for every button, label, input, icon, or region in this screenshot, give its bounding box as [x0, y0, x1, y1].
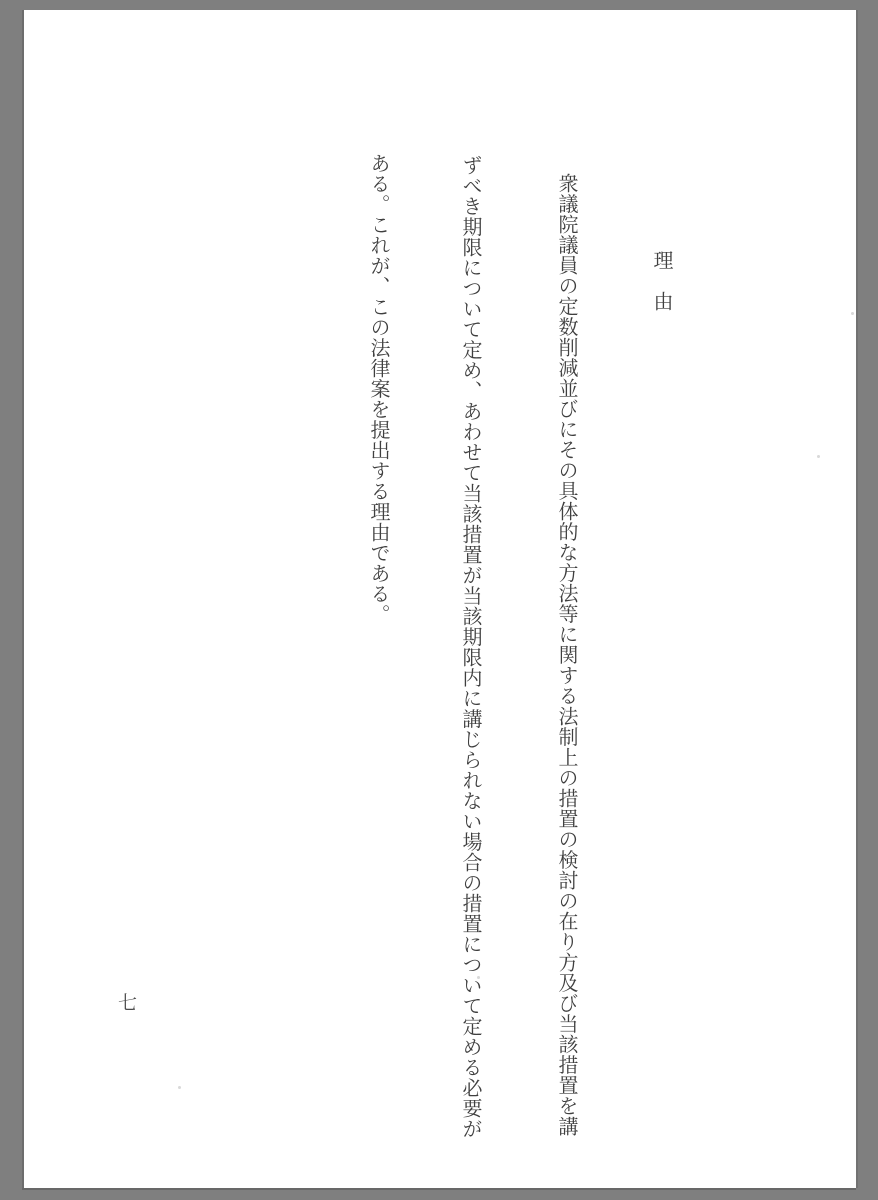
page-number: 七	[118, 988, 137, 1015]
body-text-line: 衆議院議員の定数削減並びにその具体的な方法等に関する法制上の措置の検討の在り方及…	[541, 153, 591, 1158]
body-text-line: ずべき期限について定め、あわせて当該措置が当該期限内に講じられない場合の措置につ…	[445, 153, 495, 1158]
section-heading-reason: 理 由	[637, 153, 685, 1158]
scan-speck	[477, 976, 480, 979]
vertical-text-block: 理 由 衆議院議員の定数削減並びにその具体的な方法等に関する法制上の措置の検討の…	[311, 153, 731, 1158]
scanned-document-page: 理 由 衆議院議員の定数削減並びにその具体的な方法等に関する法制上の措置の検討の…	[22, 10, 856, 1188]
scan-speck	[817, 455, 820, 458]
body-text-line: ある。これが、この法律案を提出する理由である。	[357, 153, 399, 1158]
scan-speck	[178, 1086, 181, 1089]
scan-speck	[851, 312, 854, 315]
